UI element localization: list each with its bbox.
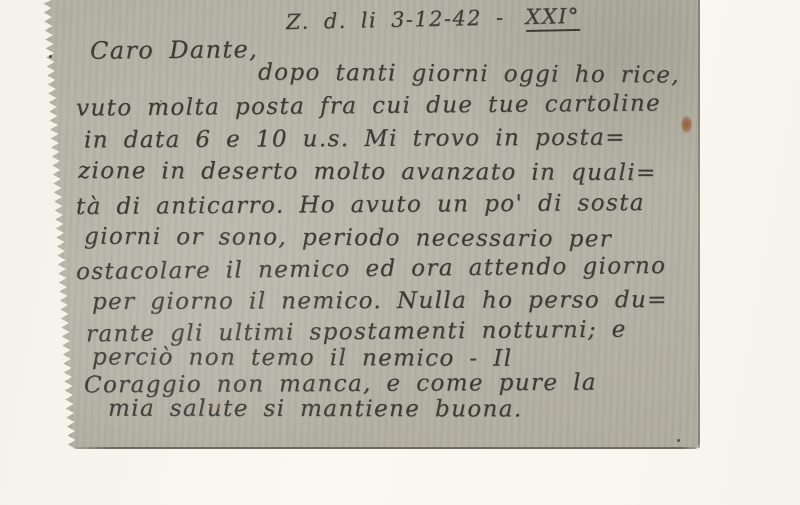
dateline: Z. d. li 3-12-42 - XXI° [286, 4, 580, 34]
paper-speck [677, 439, 680, 442]
rust-stain [681, 116, 692, 133]
salutation: Caro Dante, [90, 35, 258, 64]
letter-line: rante gli ultimi spostamenti notturni; e [86, 317, 627, 348]
letter-line: vuto molta posta fra cui due tue cartoli… [76, 90, 661, 121]
pink-smudge [206, 401, 228, 411]
letter-line: ostacolare il nemico ed ora attendo gior… [76, 253, 667, 285]
letter-line: perciò non temo il nemico - Il [92, 344, 513, 371]
letter-line: tà di anticarro. Ho avuto un po' di sost… [76, 190, 645, 220]
letter-line: mia salute si mantiene buona. [108, 396, 523, 423]
paper-speck [160, 100, 162, 102]
letter-line: dopo tanti giorni oggi ho rice, [258, 60, 680, 89]
letter-line: Coraggio non manca, e come pure la [84, 370, 597, 399]
letter-line: giorni or sono, periodo necessario per [84, 224, 612, 253]
paper-speck [49, 55, 52, 58]
card-edge-shadow [698, 0, 700, 448]
dateline-text: Z. d. li 3-12-42 - [286, 6, 505, 35]
letter-line: zione in deserto molto avanzato in quali… [78, 158, 657, 186]
postcard: Z. d. li 3-12-42 - XXI° Caro Dante, dopo… [0, 0, 702, 450]
era-year: XXI° [525, 4, 580, 32]
card-edge-shadow [70, 447, 700, 449]
letter-line: per giorno il nemico. Nulla ho perso du= [92, 287, 668, 315]
letter-line: in data 6 e 10 u.s. Mi trovo in posta= [84, 125, 626, 154]
